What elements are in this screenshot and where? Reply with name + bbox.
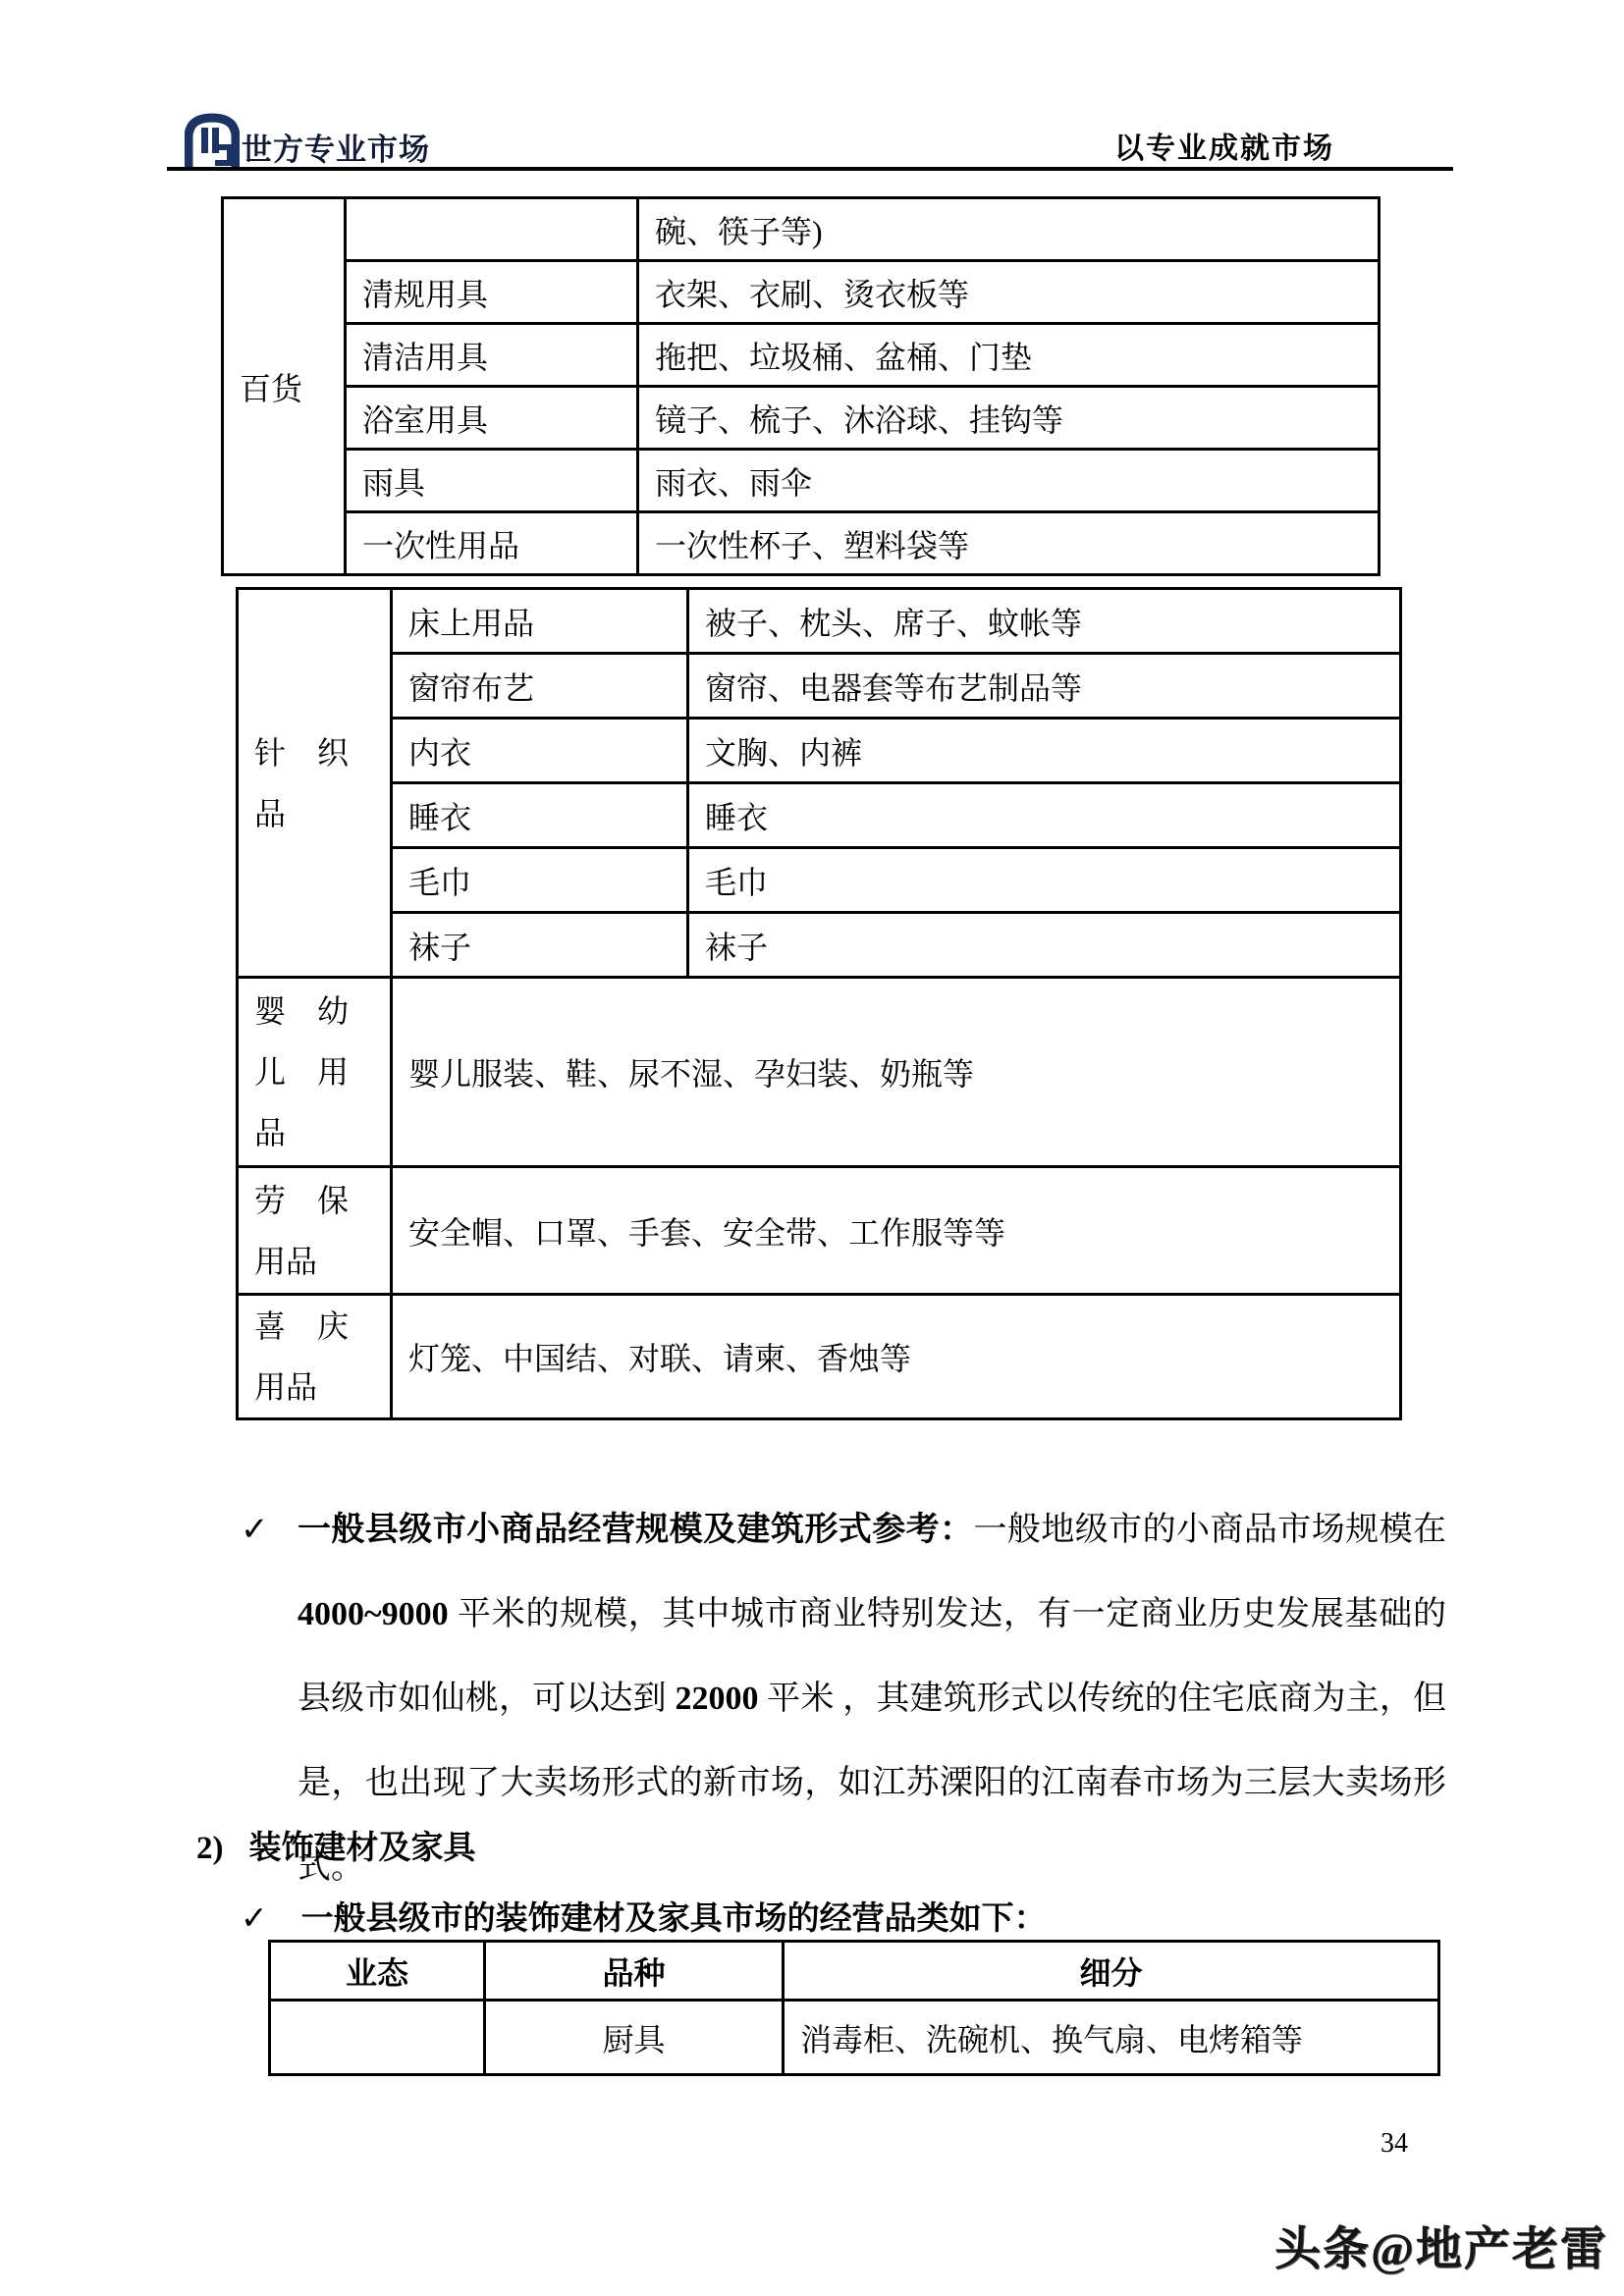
header-cell: 细分 — [784, 1942, 1439, 2001]
table-row: 内衣 文胸、内裤 — [238, 719, 1401, 783]
category-cell: 百货 — [223, 198, 346, 575]
checkmark-icon: ✓ — [241, 1488, 269, 1573]
variety-cell: 厨具 — [485, 2001, 784, 2075]
variety-cell — [346, 198, 638, 261]
yetai-cell — [270, 2001, 485, 2075]
category-cell: 婴 幼 儿 用 品 — [238, 978, 392, 1167]
paragraph-number-bold: 4000~9000 — [298, 1596, 449, 1632]
table-row: 袜子 袜子 — [238, 913, 1401, 978]
table-row: 雨具 雨衣、雨伞 — [223, 450, 1380, 512]
paragraph-lead-bold: 一般县级市小商品经营规模及建筑形式参考： — [298, 1512, 973, 1548]
section-title: 装饰建材及家具 — [249, 1831, 476, 1866]
detail-cell: 一次性杯子、塑料袋等 — [638, 512, 1380, 575]
detail-cell: 袜子 — [688, 913, 1401, 978]
variety-cell: 床上用品 — [392, 589, 688, 654]
detail-cell: 窗帘、电器套等布艺制品等 — [688, 654, 1401, 719]
table-row: 百货 碗、筷子等) — [223, 198, 1380, 261]
detail-cell: 婴儿服装、鞋、尿不湿、孕妇装、奶瓶等 — [392, 978, 1401, 1167]
watermark: 头条@地产老雷 — [1274, 2213, 1608, 2278]
category-label-line: 劳 保 — [254, 1170, 374, 1231]
detail-cell: 毛巾 — [688, 848, 1401, 913]
detail-cell: 雨衣、雨伞 — [638, 450, 1380, 512]
variety-cell: 袜子 — [392, 913, 688, 978]
logo-icon — [185, 112, 240, 169]
checkmark-icon: ✓ — [241, 1898, 268, 1938]
detail-cell: 被子、枕头、席子、蚊帐等 — [688, 589, 1401, 654]
detail-cell: 安全帽、口罩、手套、安全带、工作服等等 — [392, 1167, 1401, 1295]
variety-cell: 清规用具 — [346, 261, 638, 324]
table-row: 劳 保 用品 安全帽、口罩、手套、安全带、工作服等等 — [238, 1167, 1401, 1295]
detail-cell: 镜子、梳子、沐浴球、挂钩等 — [638, 387, 1380, 450]
variety-cell: 毛巾 — [392, 848, 688, 913]
page-number: 34 — [1380, 2128, 1408, 2160]
header-cell: 品种 — [485, 1942, 784, 2001]
category-label-line: 用品 — [254, 1231, 374, 1292]
variety-cell: 清洁用具 — [346, 324, 638, 387]
detail-cell: 睡衣 — [688, 783, 1401, 848]
header-cell: 业态 — [270, 1942, 485, 2001]
variety-cell: 浴室用具 — [346, 387, 638, 450]
document-page: 世方专业市场 以专业成就市场 百货 碗、筷子等) 清规用具 衣架、衣刷、烫衣板等… — [0, 0, 1624, 2296]
category-cell: 劳 保 用品 — [238, 1167, 392, 1295]
paragraph-number-bold: 22000 — [676, 1681, 759, 1717]
category-label-line: 婴 幼 — [254, 981, 374, 1041]
section-number: 2) — [196, 1831, 224, 1867]
category-label-line: 喜 庆 — [254, 1296, 374, 1357]
header-brand: 世方专业市场 — [185, 112, 430, 169]
table-row: 浴室用具 镜子、梳子、沐浴球、挂钩等 — [223, 387, 1380, 450]
category-cell: 喜 庆 用品 — [238, 1295, 392, 1419]
detail-cell: 文胸、内裤 — [688, 719, 1401, 783]
category-label-line: 针 织 — [254, 722, 374, 783]
category-label-line: 品 — [254, 1102, 374, 1163]
variety-cell: 睡衣 — [392, 783, 688, 848]
detail-cell: 碗、筷子等) — [638, 198, 1380, 261]
table-row: 一次性用品 一次性杯子、塑料袋等 — [223, 512, 1380, 575]
variety-cell: 雨具 — [346, 450, 638, 512]
section-heading: 2)装饰建材及家具 — [196, 1822, 476, 1868]
general-merchandise-table: 百货 碗、筷子等) 清规用具 衣架、衣刷、烫衣板等 清洁用具 拖把、垃圾桶、盆桶… — [221, 196, 1380, 576]
category-cell: 针 织 品 — [238, 589, 392, 978]
detail-cell: 拖把、垃圾桶、盆桶、门垫 — [638, 324, 1380, 387]
header-rule — [167, 167, 1453, 171]
table-header-row: 业态 品种 细分 — [270, 1942, 1439, 2001]
detail-cell: 消毒柜、洗碗机、换气扇、电烤箱等 — [784, 2001, 1439, 2075]
paragraph-segment: 一般地级市的小商品市场规模在 — [973, 1512, 1446, 1548]
variety-cell: 一次性用品 — [346, 512, 638, 575]
table-row: 针 织 品 床上用品 被子、枕头、席子、蚊帐等 — [238, 589, 1401, 654]
category-label-line: 品 — [254, 783, 374, 844]
section-subtitle: 一般县级市的装饰建材及家具市场的经营品类如下： — [301, 1901, 1047, 1937]
detail-cell: 灯笼、中国结、对联、请柬、香烛等 — [392, 1295, 1401, 1419]
variety-cell: 窗帘布艺 — [392, 654, 688, 719]
table-row: 清洁用具 拖把、垃圾桶、盆桶、门垫 — [223, 324, 1380, 387]
knitwear-table: 针 织 品 床上用品 被子、枕头、席子、蚊帐等 窗帘布艺 窗帘、电器套等布艺制品… — [236, 587, 1402, 1420]
table-row: 窗帘布艺 窗帘、电器套等布艺制品等 — [238, 654, 1401, 719]
header-slogan: 以专业成就市场 — [1114, 124, 1334, 167]
table-row: 毛巾 毛巾 — [238, 848, 1401, 913]
table-row: 睡衣 睡衣 — [238, 783, 1401, 848]
table-row: 婴 幼 儿 用 品 婴儿服装、鞋、尿不湿、孕妇装、奶瓶等 — [238, 978, 1401, 1167]
table-row: 清规用具 衣架、衣刷、烫衣板等 — [223, 261, 1380, 324]
detail-cell: 衣架、衣刷、烫衣板等 — [638, 261, 1380, 324]
brand-text: 世方专业市场 — [242, 134, 430, 169]
table-row: 厨具 消毒柜、洗碗机、换气扇、电烤箱等 — [270, 2001, 1439, 2075]
table-row: 喜 庆 用品 灯笼、中国结、对联、请柬、香烛等 — [238, 1295, 1401, 1419]
category-label-line: 儿 用 — [254, 1041, 374, 1102]
variety-cell: 内衣 — [392, 719, 688, 783]
section-subtitle-line: ✓一般县级市的装饰建材及家具市场的经营品类如下： — [241, 1893, 1047, 1939]
category-label-line: 用品 — [254, 1357, 374, 1417]
building-materials-table: 业态 品种 细分 厨具 消毒柜、洗碗机、换气扇、电烤箱等 — [268, 1940, 1440, 2076]
